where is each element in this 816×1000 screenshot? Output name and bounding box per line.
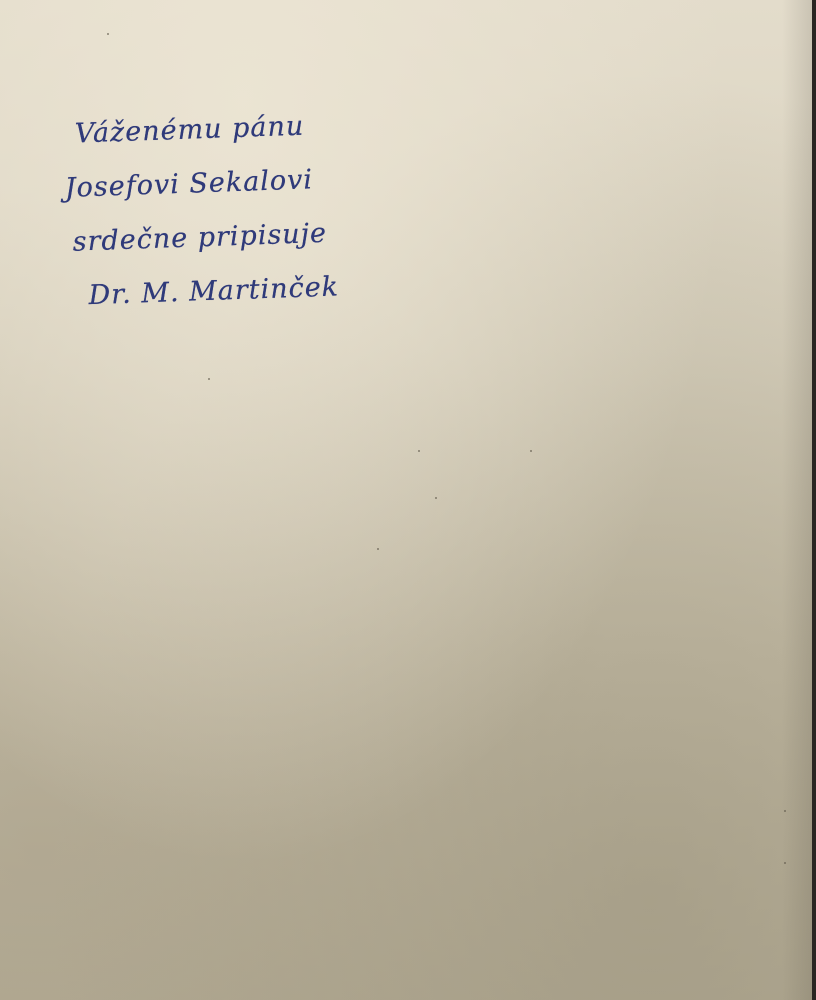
paper-speck (377, 548, 379, 550)
handwritten-dedication: Váženému pánu Josefovi Sekalovi srdečne … (62, 96, 409, 324)
paper-speck (208, 378, 210, 380)
paper-speck (784, 810, 786, 812)
paper-speck (530, 450, 532, 452)
paper-speck (107, 33, 109, 35)
paper-speck (418, 450, 420, 452)
paper-speck (784, 862, 786, 864)
paper-sheet: Váženému pánu Josefovi Sekalovi srdečne … (0, 0, 812, 1000)
paper-speck (435, 497, 437, 499)
dedication-signature: Dr. M. Martinček (68, 258, 410, 324)
